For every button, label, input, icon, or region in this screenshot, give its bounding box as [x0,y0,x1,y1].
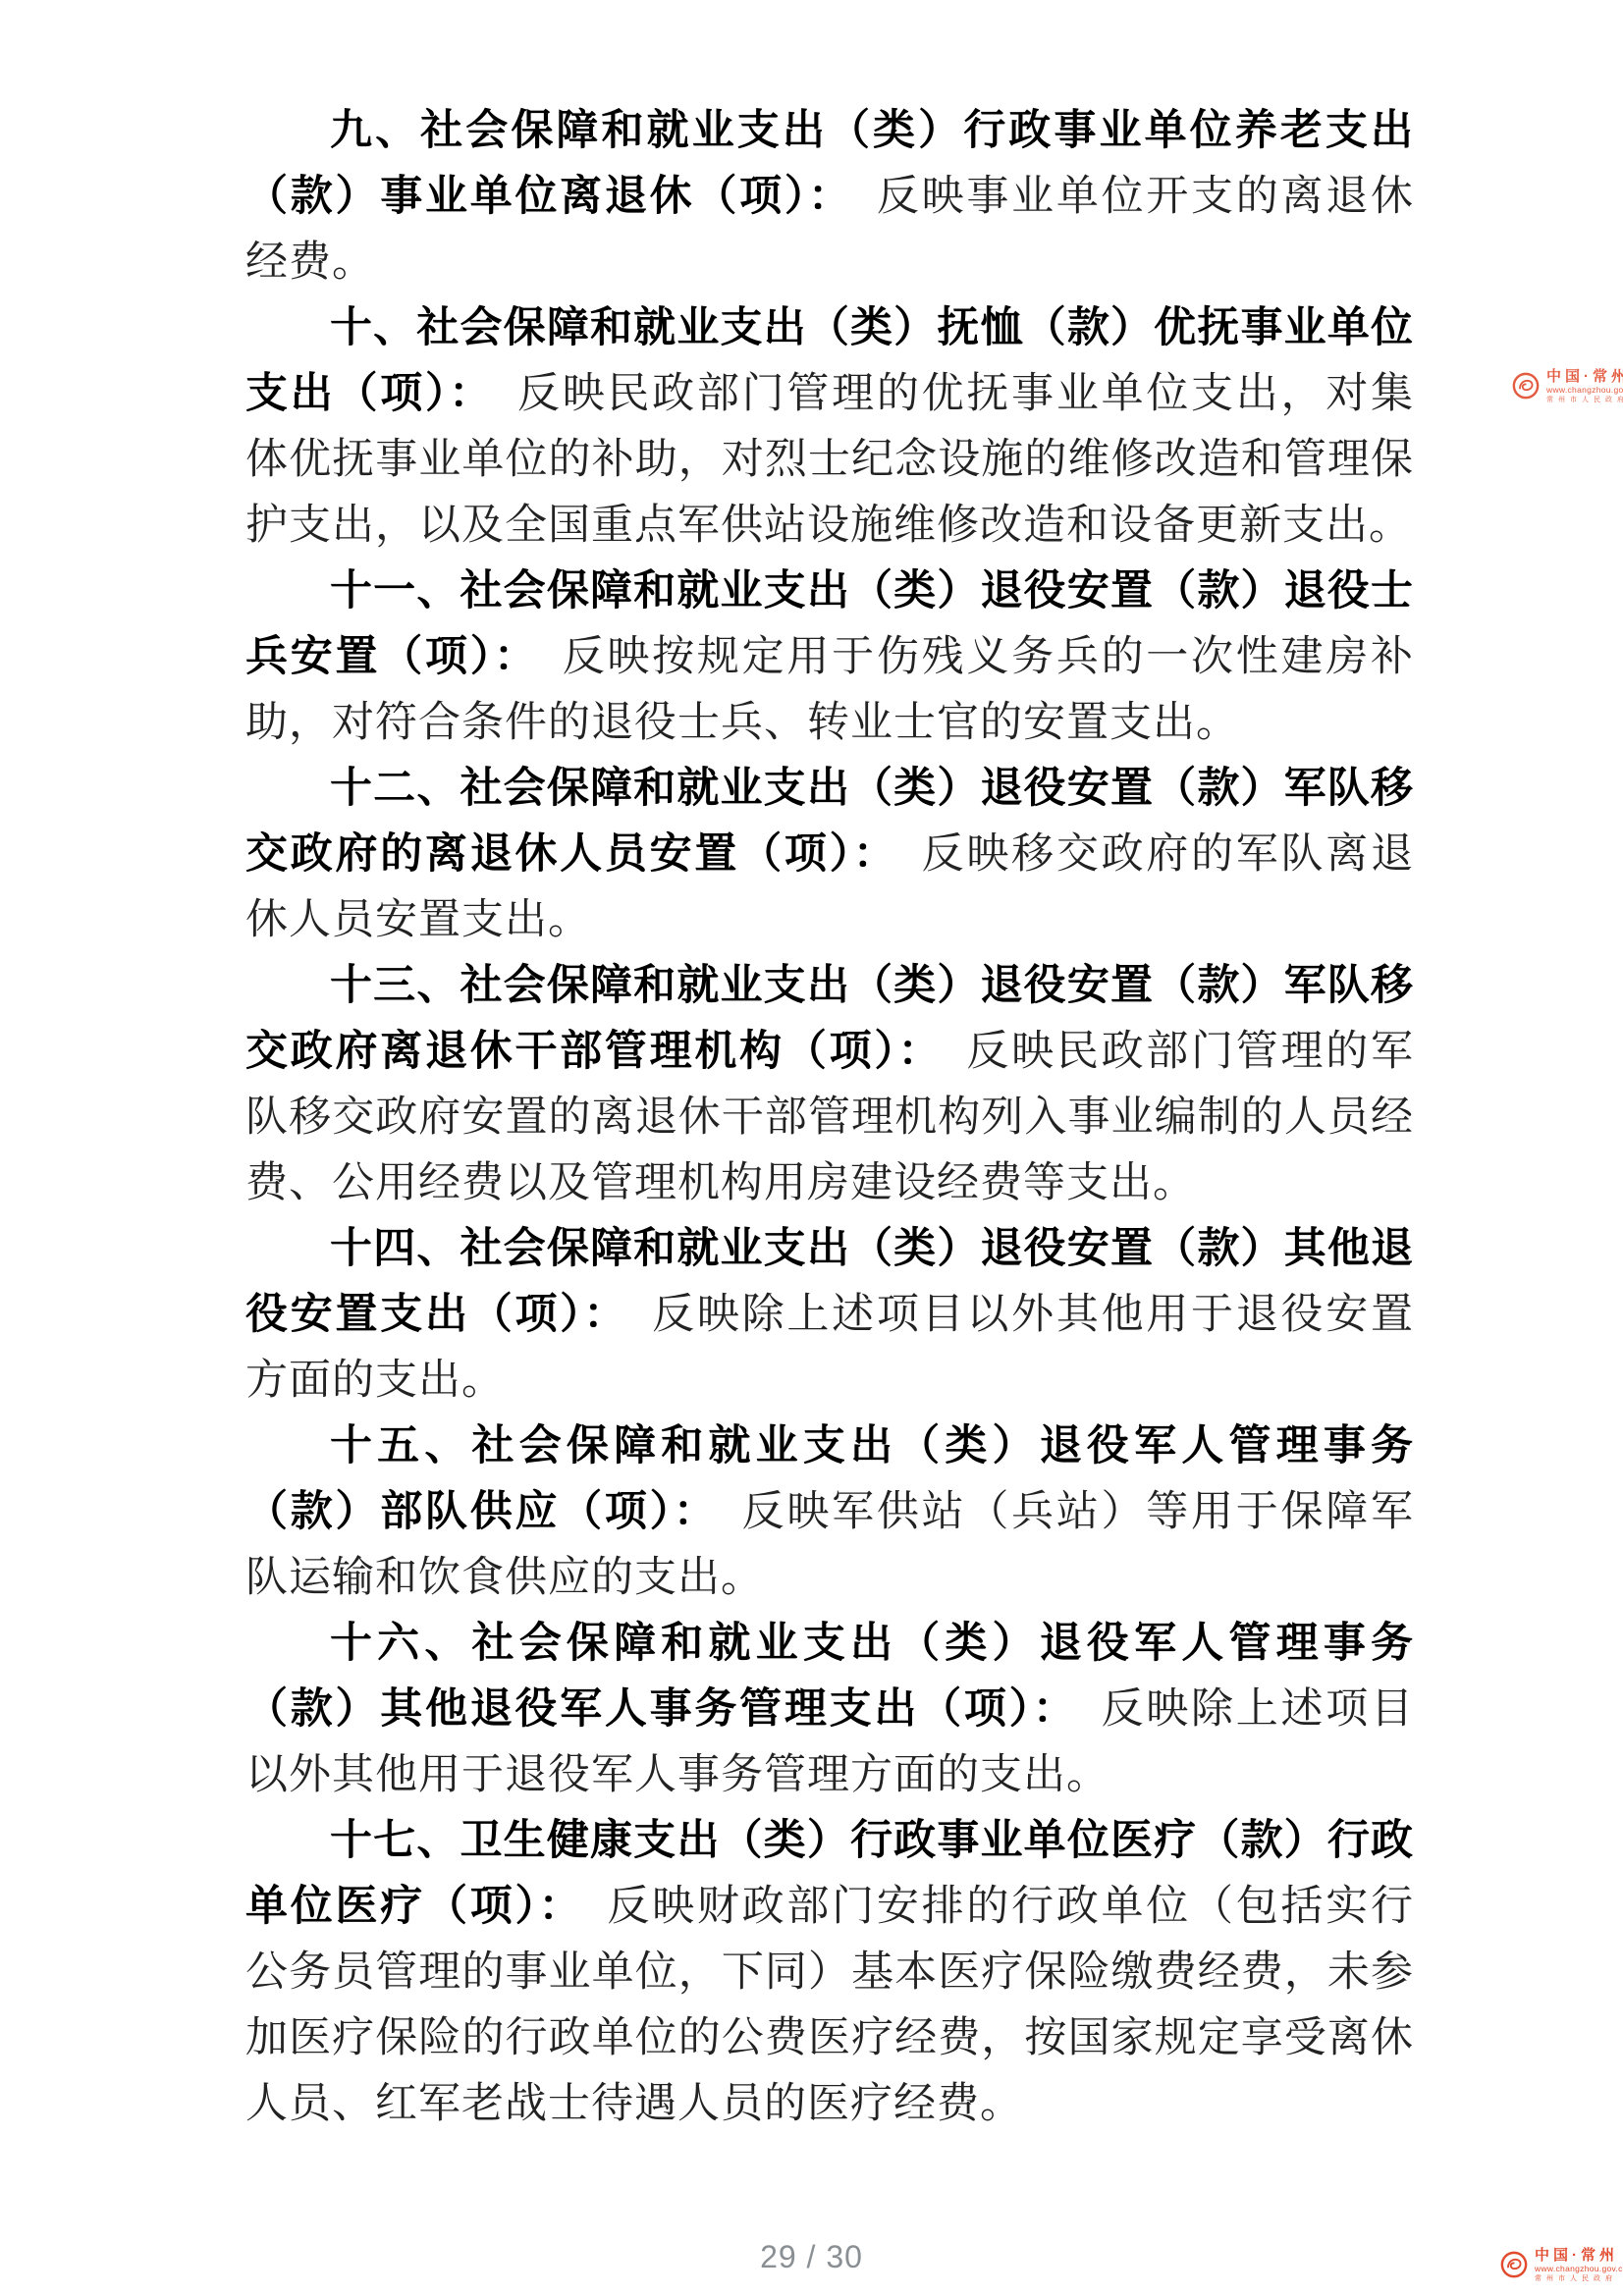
changzhou-watermark-side: 中国·常州 www.changzhou.gov.cn 常州市人民政府 [1512,369,1623,403]
document-body: 九、社会保障和就业支出（类）行政事业单位养老支出（款）事业单位离退休（项）：反映… [245,98,1414,2137]
changzhou-seal-icon [1512,372,1540,400]
page-footer: 29 / 30 [0,2239,1623,2275]
changzhou-seal-icon [1500,2251,1528,2278]
paragraph-12: 十二、社会保障和就业支出（类）退役安置（款）军队移交政府的离退休人员安置（项）：… [245,756,1414,953]
paragraph-15: 十五、社会保障和就业支出（类）退役军人管理事务（款）部队供应（项）：反映军供站（… [245,1414,1414,1611]
changzhou-brand-label: 中国·常州 [1546,369,1623,384]
paragraph-16: 十六、社会保障和就业支出（类）退役军人管理事务（款）其他退役军人事务管理支出（项… [245,1611,1414,1808]
changzhou-brand-label: 中国·常州 [1535,2248,1623,2263]
paragraph-10: 十、社会保障和就业支出（类）抚恤（款）优抚事业单位支出（项）：反映民政部门管理的… [245,295,1414,559]
changzhou-url-label: www.changzhou.gov.cn [1546,386,1623,395]
paragraph-14: 十四、社会保障和就业支出（类）退役安置（款）其他退役安置支出（项）：反映除上述项… [245,1216,1414,1414]
changzhou-gov-label: 常州市人民政府 [1546,397,1623,403]
changzhou-logo-text: 中国·常州 www.changzhou.gov.cn 常州市人民政府 [1535,2248,1623,2282]
document-page: 九、社会保障和就业支出（类）行政事业单位养老支出（款）事业单位离退休（项）：反映… [0,0,1623,2296]
changzhou-url-label: www.changzhou.gov.cn [1535,2265,1623,2273]
paragraph-13: 十三、社会保障和就业支出（类）退役安置（款）军队移交政府离退休干部管理机构（项）… [245,953,1414,1216]
paragraph-9: 九、社会保障和就业支出（类）行政事业单位养老支出（款）事业单位离退休（项）：反映… [245,98,1414,295]
changzhou-gov-label: 常州市人民政府 [1535,2275,1623,2282]
changzhou-logo: 中国·常州 www.changzhou.gov.cn 常州市人民政府 [1500,2248,1623,2282]
changzhou-logo-text: 中国·常州 www.changzhou.gov.cn 常州市人民政府 [1546,369,1623,403]
paragraph-11: 十一、社会保障和就业支出（类）退役安置（款）退役士兵安置（项）：反映按规定用于伤… [245,559,1414,756]
paragraph-17: 十七、卫生健康支出（类）行政事业单位医疗（款）行政单位医疗（项）：反映财政部门安… [245,1808,1414,2137]
page-number: 29 / 30 [760,2239,863,2274]
